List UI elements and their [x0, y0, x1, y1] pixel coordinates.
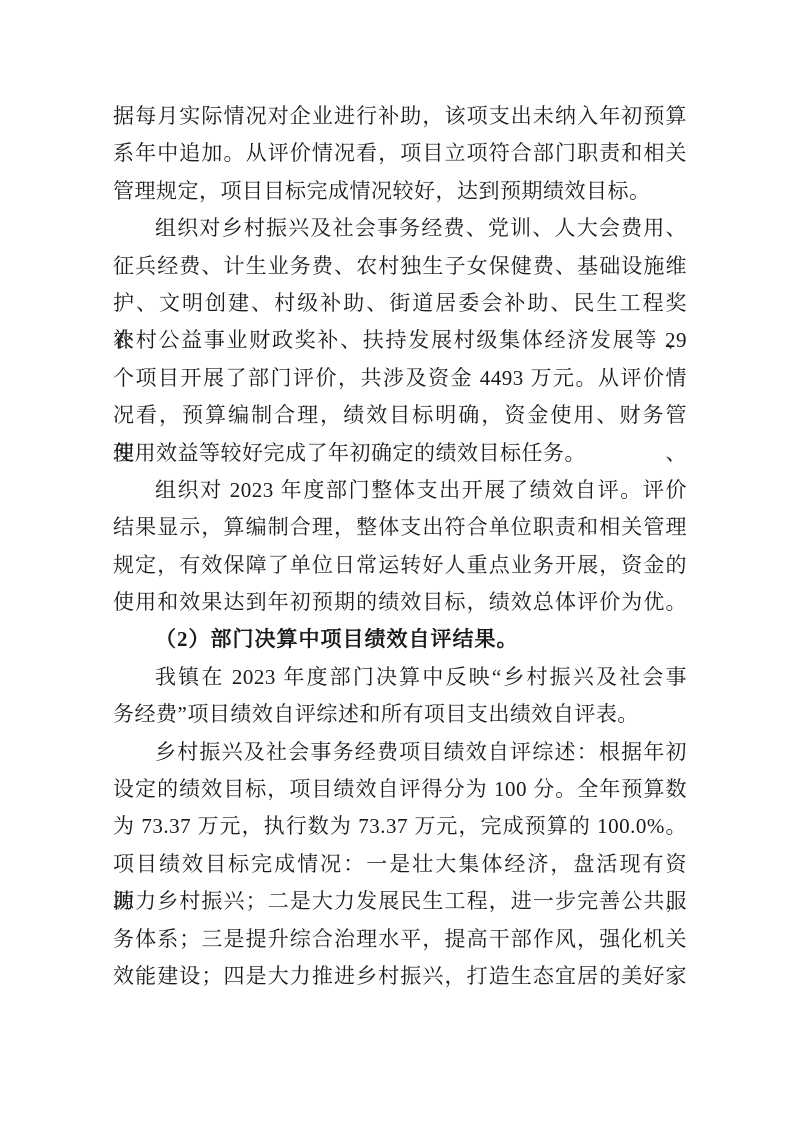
text-line: 助力乡村振兴；二是大力发展民生工程，进一步完善公共服 — [113, 883, 687, 920]
text-line: 护、文明创建、村级补助、街道居委会补助、民生工程奖补、 — [113, 285, 687, 322]
section-heading: （2）部门决算中项目绩效自评结果。 — [113, 621, 687, 658]
text-line: 效能建设；四是大力推进乡村振兴，打造生态宜居的美好家 — [113, 958, 687, 995]
paragraph-overall-self-evaluation: 组织对 2023 年度部门整体支出开展了绩效自评。评价 结果显示，算编制合理，整… — [113, 472, 687, 622]
document-page: 据每月实际情况对企业进行补助，该项支出未纳入年初预算 系年中追加。从评价情况看，… — [0, 0, 793, 1122]
text-line: 农村公益事业财政奖补、扶持发展村级集体经济发展等 29 — [113, 322, 687, 359]
heading-project-self-evaluation: （2）部门决算中项目绩效自评结果。 — [113, 621, 687, 658]
paragraph-continuation: 据每月实际情况对企业进行补助，该项支出未纳入年初预算 系年中追加。从评价情况看，… — [113, 98, 687, 210]
text-line: 我镇在 2023 年度部门决算中反映“乡村振兴及社会事 — [113, 659, 687, 696]
text-line: 为 73.37 万元，执行数为 73.37 万元，完成预算的 100.0%。 — [113, 808, 687, 845]
text-line: 组织对 2023 年度部门整体支出开展了绩效自评。评价 — [113, 472, 687, 509]
text-line: 项目绩效目标完成情况：一是壮大集体经济，盘活现有资源， — [113, 846, 687, 883]
text-line: 况看，预算编制合理，绩效目标明确，资金使用、财务管理、 — [113, 397, 687, 434]
text-line: 系年中追加。从评价情况看，项目立项符合部门职责和相关 — [113, 135, 687, 172]
paragraph-rural-revitalization-summary: 乡村振兴及社会事务经费项目绩效自评综述：根据年初 设定的绩效目标，项目绩效自评得… — [113, 734, 687, 996]
text-line: 管理规定，项目目标完成情况较好，达到预期绩效目标。 — [113, 173, 687, 210]
text-line: 规定，有效保障了单位日常运转好人重点业务开展，资金的 — [113, 547, 687, 584]
text-line: 据每月实际情况对企业进行补助，该项支出未纳入年初预算 — [113, 98, 687, 135]
text-block: 据每月实际情况对企业进行补助，该项支出未纳入年初预算 系年中追加。从评价情况看，… — [113, 98, 687, 995]
text-line: 个项目开展了部门评价，共涉及资金 4493 万元。从评价情 — [113, 360, 687, 397]
text-line: 务经费”项目绩效自评综述和所有项目支出绩效自评表。 — [113, 696, 687, 733]
text-line: 结果显示，算编制合理，整体支出符合单位职责和相关管理 — [113, 509, 687, 546]
text-line: 设定的绩效目标，项目绩效自评得分为 100 分。全年预算数 — [113, 771, 687, 808]
text-line: 使用和效果达到年初预期的绩效目标，绩效总体评价为优。 — [113, 584, 687, 621]
text-line: 组织对乡村振兴及社会事务经费、党训、人大会费用、 — [113, 210, 687, 247]
paragraph-department-evaluation: 组织对乡村振兴及社会事务经费、党训、人大会费用、 征兵经费、计生业务费、农村独生… — [113, 210, 687, 472]
text-line: 征兵经费、计生业务费、农村独生子女保健费、基础设施维 — [113, 248, 687, 285]
text-line: 乡村振兴及社会事务经费项目绩效自评综述：根据年初 — [113, 734, 687, 771]
text-line: 务体系；三是提升综合治理水平，提高干部作风，强化机关 — [113, 921, 687, 958]
paragraph-final-accounts: 我镇在 2023 年度部门决算中反映“乡村振兴及社会事 务经费”项目绩效自评综述… — [113, 659, 687, 734]
